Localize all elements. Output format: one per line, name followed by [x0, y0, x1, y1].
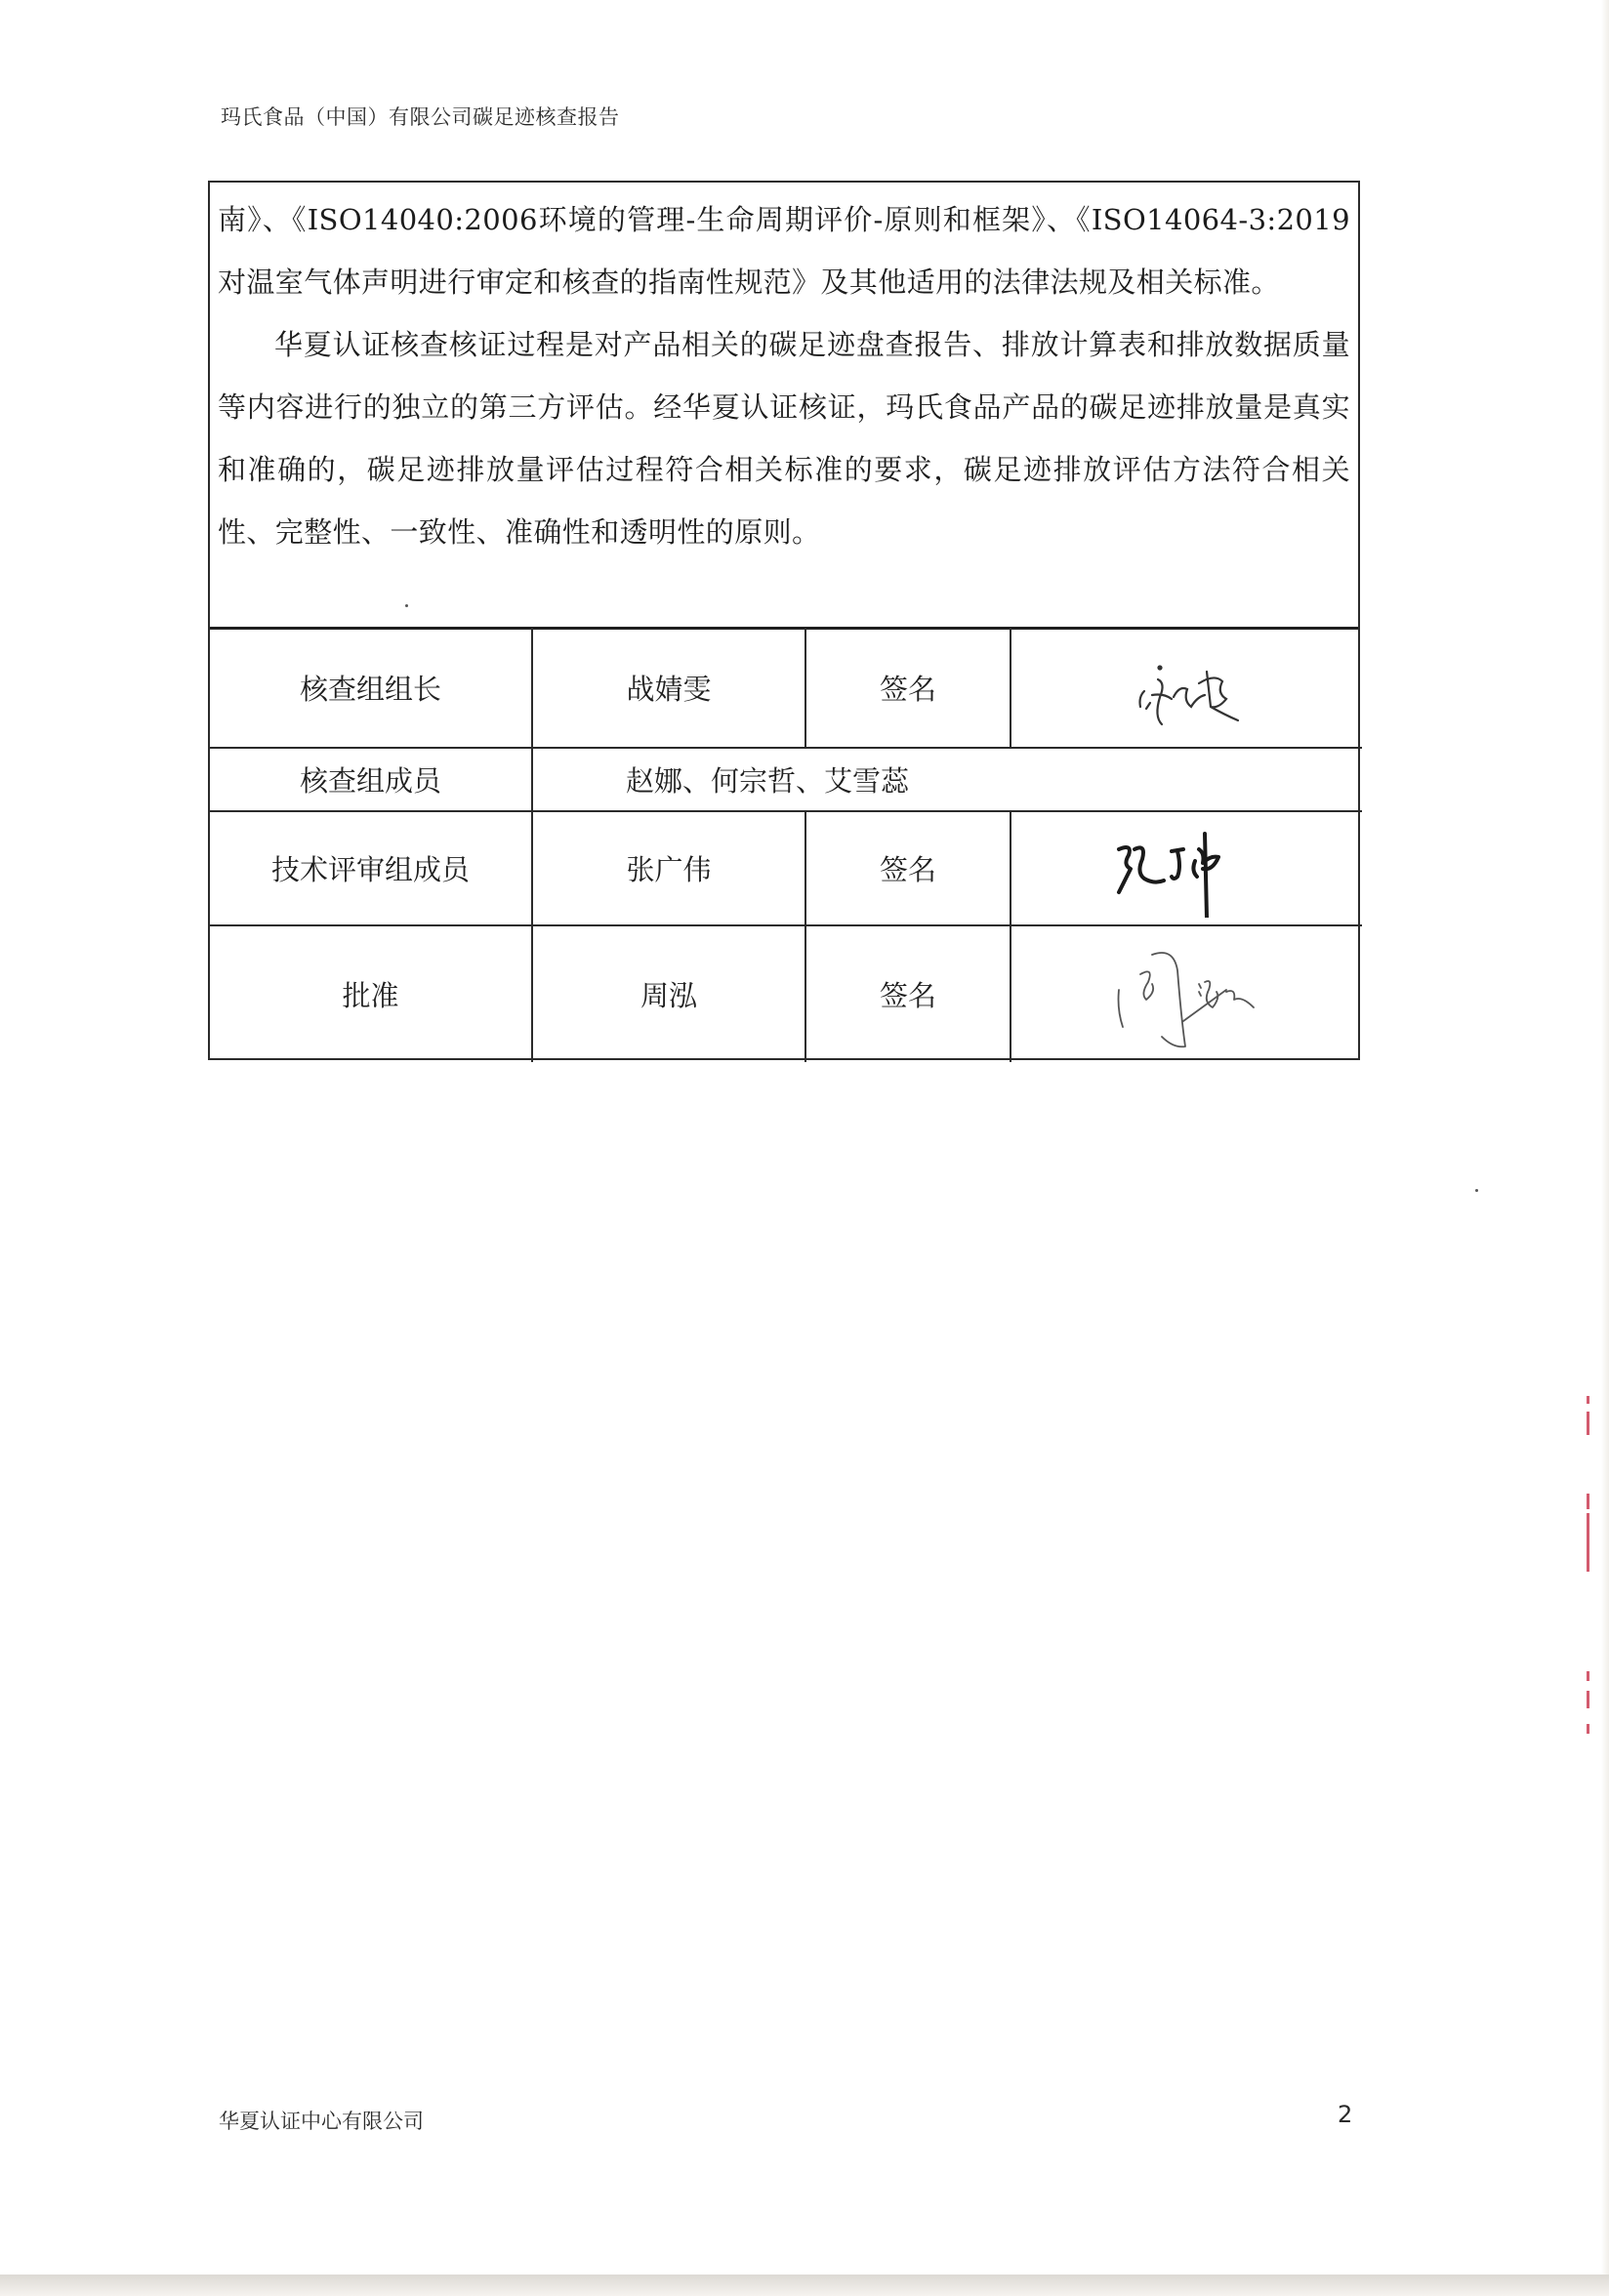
signature-cell	[1011, 811, 1362, 925]
members-list: 赵娜、何宗哲、艾雪蕊	[532, 748, 1362, 811]
person-name: 张广伟	[532, 811, 805, 925]
table-row-team-leader: 核查组组长 战婧雯 签名	[210, 628, 1362, 748]
sign-label: 签名	[805, 925, 1011, 1062]
signature-table: 核查组组长 战婧雯 签名 核查组成员 赵娜、何宗哲、艾雪蕊 技	[210, 628, 1362, 1062]
sign-label: 签名	[805, 811, 1011, 925]
report-conclusion-box: 南》、《ISO14040:2006环境的管理-生命周期评价-原则和框架》、《IS…	[208, 181, 1360, 1060]
conclusion-text-section: 南》、《ISO14040:2006环境的管理-生命周期评价-原则和框架》、《IS…	[210, 183, 1358, 630]
handwritten-signature-icon	[1090, 638, 1285, 736]
scan-speck	[405, 604, 408, 607]
table-row-tech-reviewer: 技术评审组成员 张广伟 签名	[210, 811, 1362, 925]
scan-speck	[1475, 1189, 1478, 1192]
page-header-title: 玛氏食品（中国）有限公司碳足迹核查报告	[221, 102, 620, 131]
role-label: 技术评审组成员	[210, 811, 532, 925]
scan-edge-bottom	[0, 2275, 1609, 2296]
handwritten-signature-icon	[1090, 820, 1285, 918]
scan-edge-right	[1601, 0, 1609, 2276]
standards-paragraph: 南》、《ISO14040:2006环境的管理-生命周期评价-原则和框架》、《IS…	[218, 188, 1350, 313]
role-label: 批准	[210, 925, 532, 1062]
role-label: 核查组组长	[210, 628, 532, 748]
signature-cell	[1011, 925, 1362, 1062]
role-label: 核查组成员	[210, 748, 532, 811]
sign-label: 签名	[805, 628, 1011, 748]
footer-company: 华夏认证中心有限公司	[219, 2106, 424, 2135]
edge-stamp-marks	[1587, 1396, 1590, 1738]
person-name: 周泓	[532, 925, 805, 1062]
table-row-team-members: 核查组成员 赵娜、何宗哲、艾雪蕊	[210, 748, 1362, 811]
table-row-approval: 批准 周泓 签名	[210, 925, 1362, 1062]
handwritten-signature-icon	[1080, 931, 1295, 1058]
person-name: 战婧雯	[532, 628, 805, 748]
verification-paragraph: 华夏认证核查核证过程是对产品相关的碳足迹盘查报告、排放计算表和排放数据质量等内容…	[218, 313, 1350, 563]
signature-cell	[1011, 628, 1362, 748]
page-number: 2	[1338, 2101, 1352, 2128]
